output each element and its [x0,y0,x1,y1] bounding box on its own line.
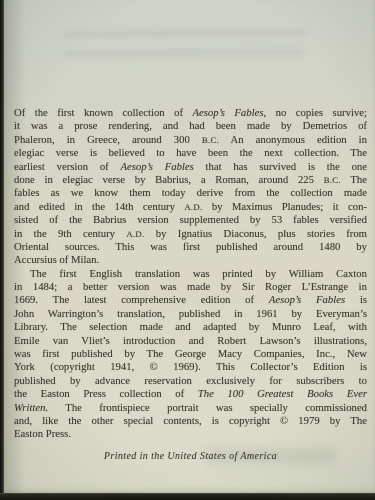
photo-edge-bottom [0,493,375,500]
printed-in-usa-line: Printed in the United States of America [14,450,367,463]
body-paragraphs: Of the first known collection of Aesop’s… [14,107,367,442]
text-line: Easton Press. [14,428,367,441]
text-line: Accursius of Milan. [14,254,367,267]
text-line: The first English translation was printe… [14,268,367,281]
text-line: John Warrington’s translation, published… [14,308,367,321]
text-line: York (copyright 1941, © 1969). This Coll… [14,361,367,374]
page-showthrough-top [64,29,305,67]
text-line: elegiac verse is believed to have been t… [14,147,367,160]
text-line: 1669. The latest comprehensive edition o… [14,294,367,307]
copyright-text-block: Of the first known collection of Aesop’s… [14,107,367,463]
text-line: Written. The frontispiece portrait was s… [14,402,367,415]
page-paper: Of the first known collection of Aesop’s… [4,0,375,493]
text-line: and edited in the 14th century A.D. by M… [14,201,367,214]
book-page-photo: Of the first known collection of Aesop’s… [0,0,375,500]
text-line: sisted of the Babrius version supplement… [14,214,367,227]
text-line: and, like the other special contents, is… [14,415,367,428]
text-line: fables as we know them today derive from… [14,187,367,200]
text-line: Of the first known collection of Aesop’s… [14,107,367,120]
text-line: earliest version of Aesop’s Fables that … [14,161,367,174]
text-line: in the 9th century A.D. by Ignatius Diac… [14,228,367,241]
text-line: done in elegiac verse by Babrius, a Roma… [14,174,367,187]
text-line: Phaleron, in Greece, around 300 B.C. An … [14,134,367,147]
text-line: it was a prose rendering, and had been m… [14,120,367,133]
paragraph-editions-and-copyright: The first English translation was printe… [14,268,367,442]
text-line: in 1484; a better version was made by Si… [14,281,367,294]
text-line: Library. The selection made and adapted … [14,321,367,334]
text-line: the Easton Press collection of The 100 G… [14,388,367,401]
text-line: Oriental sources. This was first publish… [14,241,367,254]
photo-edge-left [0,0,4,500]
paragraph-history-of-fables: Of the first known collection of Aesop’s… [14,107,367,268]
text-line: Emile van Vliet’s introduction and Rober… [14,335,367,348]
text-line: published by advance reservation exclusi… [14,375,367,388]
text-line: was first published by The George Macy C… [14,348,367,361]
